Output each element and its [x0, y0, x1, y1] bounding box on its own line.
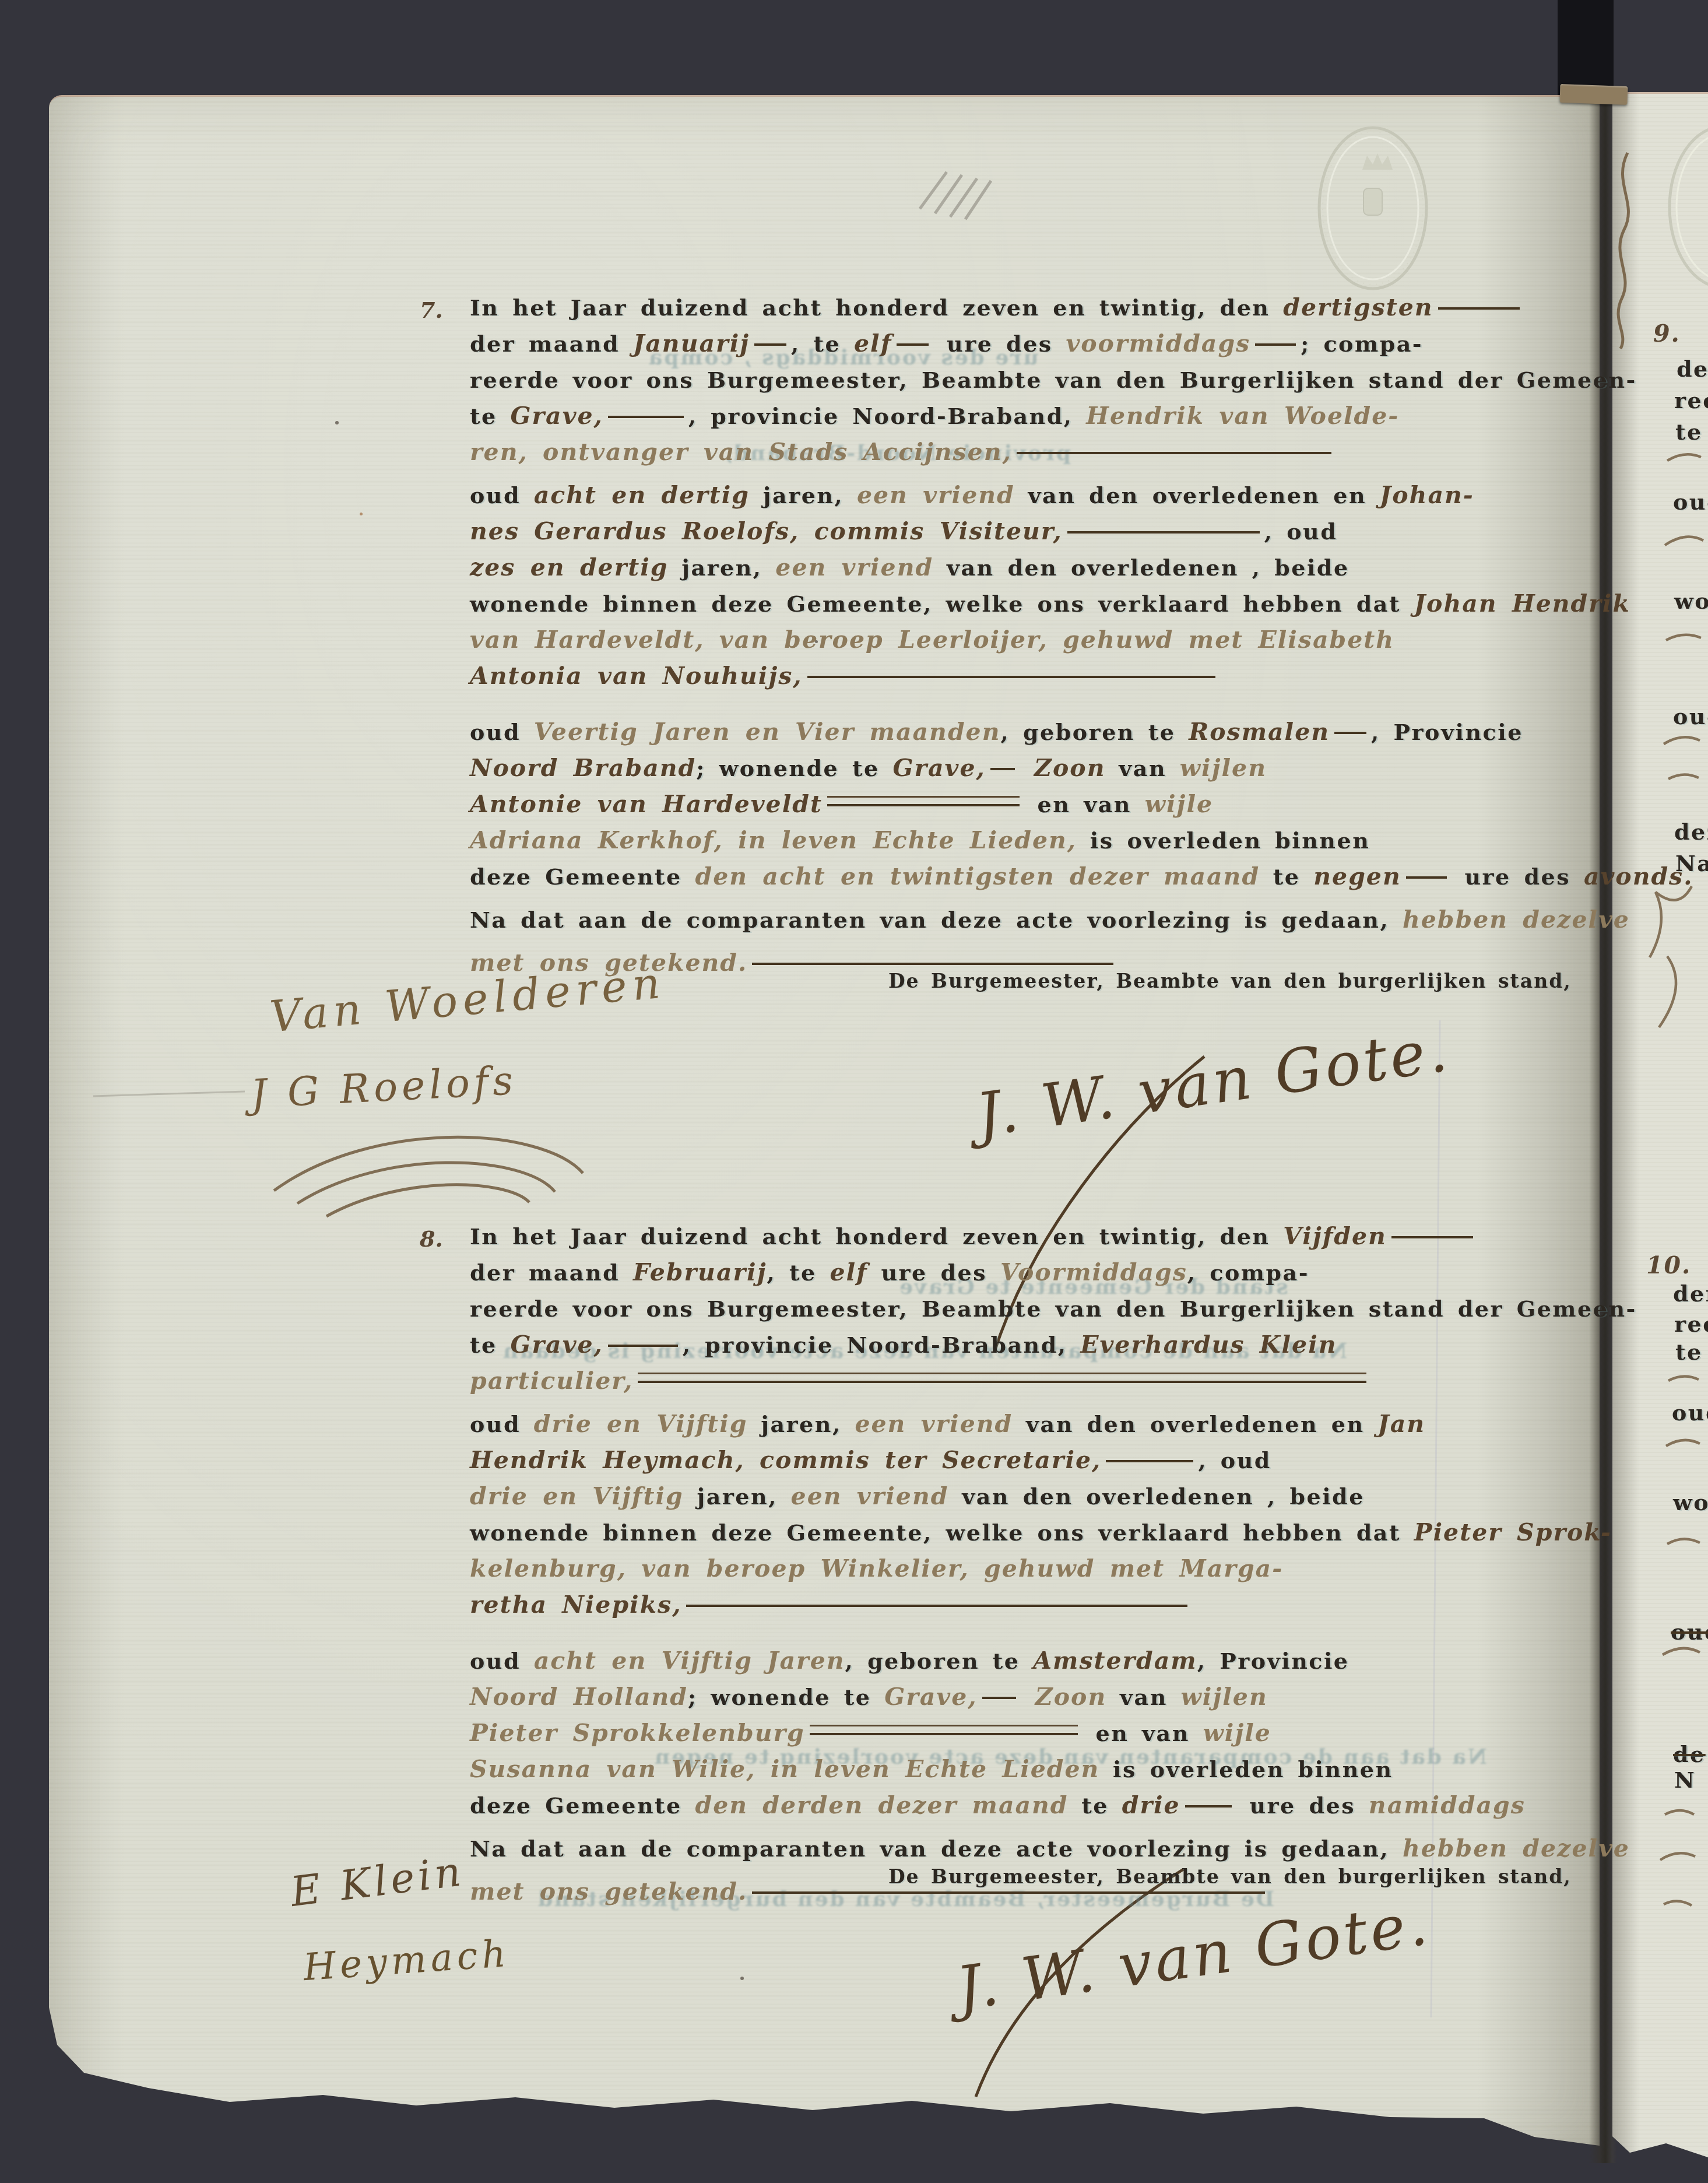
handwritten-text: nes Gerardus Roelofs, commis Visiteur,: [470, 517, 1063, 545]
act-line: In het Jaar duizend acht honderd zeven e…: [470, 294, 1566, 331]
blank-rule: [1017, 448, 1331, 454]
handwritten-text: Grave,: [510, 402, 603, 430]
act-line: drie en Vijftig jaren, een vriend van de…: [470, 1483, 1566, 1519]
act-line: kelenburg, van beroep Winkelier, gehuwd …: [470, 1556, 1566, 1592]
act-line: Na dat aan de comparanten van deze acte …: [470, 907, 1566, 943]
printed-text: deze Gemeente: [470, 864, 695, 890]
printed-text: In het Jaar duizend acht honderd zeven e…: [470, 1223, 1283, 1250]
pencil-tally-mark: [920, 172, 991, 219]
printed-text: reerde voor ons Burgemeester, Beambte va…: [470, 367, 1637, 393]
blank-rule: [1406, 873, 1447, 879]
act-line: Noord Braband; wonende te Grave, Zoon va…: [470, 755, 1566, 791]
printed-text: , oud: [1264, 518, 1338, 545]
printed-text: van den overledenen , beide: [933, 554, 1349, 581]
printed-text: te: [470, 403, 510, 429]
handwritten-text: Susanna van Wilie, in leven Echte Lieden: [470, 1755, 1099, 1783]
printed-text: ; wonende te: [696, 755, 892, 781]
printed-text: , geboren te: [1000, 719, 1189, 745]
next-page-fragment: N: [1674, 1769, 1696, 1791]
paper-speck: [360, 513, 363, 515]
printed-text: In het Jaar duizend acht honderd zeven e…: [470, 294, 1283, 321]
act-line: wonende binnen deze Gemeente, welke ons …: [470, 1519, 1566, 1556]
blank-rule: [1106, 1456, 1193, 1462]
printed-text: te: [470, 1332, 510, 1358]
handwritten-text: Vijfden: [1283, 1222, 1387, 1250]
act-line: retha Niepiks,: [470, 1592, 1566, 1628]
paper-speck: [815, 640, 818, 643]
next-page-fragment: oud: [1673, 706, 1708, 728]
act-line: reerde voor ons Burgemeester, Beambte va…: [470, 367, 1566, 403]
blank-rule: [807, 672, 1215, 678]
printed-text: oud: [470, 482, 534, 508]
death-act-7: 7. In het Jaar duizend acht honderd zeve…: [470, 294, 1566, 986]
blank-rule: [1185, 1802, 1232, 1808]
next-page-fragment: de: [1677, 358, 1708, 380]
handwritten-text: Jan: [1377, 1410, 1425, 1438]
act-line: oud Veertig Jaren en Vier maanden, gebor…: [470, 719, 1566, 755]
handwritten-text: Noord Holland: [470, 1683, 688, 1711]
act-line: nes Gerardus Roelofs, commis Visiteur,, …: [470, 518, 1566, 554]
printed-text: , Provincie: [1371, 719, 1523, 745]
act-line: Hendrik Heymach, commis ter Secretarie,,…: [470, 1447, 1566, 1483]
blank-rule: [608, 1341, 678, 1347]
next-page-fragment: wo: [1674, 590, 1708, 612]
handwritten-text: acht en dertig: [534, 481, 750, 509]
printed-text: , te: [791, 331, 854, 357]
printed-text: ; wonende te: [688, 1684, 884, 1710]
printed-text: van den overledenen , beide: [948, 1483, 1364, 1510]
printed-text: reerde voor ons Burgemeester, Beambte va…: [470, 1296, 1637, 1322]
act-line: reerde voor ons Burgemeester, Beambte va…: [470, 1296, 1566, 1332]
blank-rule: [638, 1373, 1366, 1383]
handwritten-text: Pieter Sprokkelenburg: [470, 1719, 805, 1747]
handwritten-text: Zoon: [1020, 754, 1106, 782]
handwritten-text: wijlen: [1181, 1683, 1268, 1711]
handwritten-text: den acht en twintigsten dezer maand: [695, 862, 1260, 890]
handwritten-text: voormiddags: [1066, 329, 1250, 357]
printed-text: van: [1106, 755, 1180, 781]
act-line: Noord Holland; wonende te Grave, Zoon va…: [470, 1684, 1566, 1720]
printed-text: te: [1069, 1792, 1122, 1819]
signature-paraph: [274, 1137, 583, 1216]
handwritten-text: dertigsten: [1283, 293, 1433, 321]
handwritten-text: Zoon: [1021, 1683, 1107, 1711]
handwritten-text: Amsterdam: [1033, 1647, 1197, 1675]
handwritten-text: wijlen: [1180, 754, 1267, 782]
act-line: te Grave,, provincie Noord-Braband, Ever…: [470, 1332, 1566, 1368]
handwritten-text: kelenburg, van beroep Winkelier, gehuwd …: [470, 1554, 1283, 1582]
handwritten-text: Pieter Sprok-: [1414, 1518, 1612, 1546]
next-page-fragment: 9.: [1653, 320, 1681, 348]
act-line: Antonia van Nouhuijs,: [470, 663, 1566, 699]
act-line: oud acht en dertig jaren, een vriend van…: [470, 482, 1566, 518]
handwritten-text: acht en Vijftig Jaren: [534, 1647, 845, 1675]
handwritten-text: met ons getekend.: [470, 1877, 747, 1905]
next-page-fragment: de: [1673, 1743, 1706, 1766]
act-lines: In het Jaar duizend acht honderd zeven e…: [470, 294, 1566, 986]
printed-text: van: [1106, 1684, 1180, 1710]
officiant-title: De Burgemeester, Beambte van den burgerl…: [888, 1867, 1572, 1886]
printed-text: , geboren te: [845, 1648, 1034, 1674]
next-page-fragment: Na: [1675, 852, 1708, 875]
printed-text: en van: [1083, 1720, 1203, 1746]
act-line: ren, ontvanger van Stads Accijnsen,: [470, 439, 1566, 475]
death-act-8: 8. In het Jaar duizend acht honderd zeve…: [470, 1223, 1566, 1915]
printed-text: van den overledenen en: [1013, 1411, 1377, 1437]
paper-speck: [335, 421, 339, 424]
handwritten-text: Johan Hendrik: [1414, 589, 1630, 617]
pencil-line: [93, 1091, 245, 1096]
handwritten-text: Johan-: [1380, 481, 1474, 509]
handwritten-text: Antonia van Nouhuijs,: [470, 662, 803, 690]
handwritten-text: Rosmalen: [1189, 718, 1330, 746]
act-line: deze Gemeente den acht en twintigsten de…: [470, 864, 1566, 900]
handwritten-text: Grave,: [892, 754, 985, 782]
handwritten-text: den derden dezer maand: [695, 1791, 1069, 1819]
printed-text: jaren,: [750, 482, 857, 508]
blank-rule: [990, 764, 1015, 770]
next-page-fragment: dez: [1674, 821, 1708, 843]
handwritten-text: particulier,: [470, 1367, 633, 1395]
printed-text: is overleden binnen: [1077, 827, 1370, 854]
handwritten-text: Hendrik van Woelde-: [1086, 402, 1399, 430]
blank-rule: [752, 1888, 1265, 1894]
printed-text: jaren,: [747, 1411, 855, 1437]
blank-rule: [982, 1693, 1016, 1699]
printed-text: oud: [470, 719, 534, 745]
printed-text: ; compa-: [1301, 331, 1423, 357]
next-page-fragment: wo: [1673, 1491, 1708, 1514]
next-page-fragment: ree: [1674, 389, 1708, 412]
blank-rule: [1255, 340, 1296, 346]
printed-text: , te: [767, 1259, 830, 1286]
handwritten-text: negen: [1313, 862, 1401, 890]
blank-rule: [1391, 1233, 1473, 1238]
handwritten-text: een vriend: [857, 481, 1015, 509]
handwritten-text: drie en Vijftig: [534, 1410, 748, 1438]
act-line: In het Jaar duizend acht honderd zeven e…: [470, 1223, 1566, 1259]
act-line: zes en dertig jaren, een vriend van den …: [470, 554, 1566, 591]
printed-text: en van: [1024, 791, 1145, 817]
handwritten-text: zes en dertig: [470, 553, 668, 581]
handwritten-text: Noord Braband: [470, 754, 696, 782]
handwritten-text: Februarij: [633, 1258, 767, 1286]
printed-text: ure des: [933, 331, 1066, 357]
printed-text: Na dat aan de comparanten van deze acte …: [470, 907, 1403, 933]
next-page-fragment: der: [1673, 1283, 1708, 1305]
handwritten-text: Grave,: [510, 1331, 603, 1359]
act-line: Susanna van Wilie, in leven Echte Lieden…: [470, 1756, 1566, 1792]
printed-text: , Provincie: [1197, 1648, 1349, 1674]
handwritten-text: Veertig Jaren en Vier maanden: [534, 718, 1001, 746]
next-page-script-fragments: [1650, 454, 1703, 1905]
handwritten-text: wijle: [1203, 1719, 1271, 1747]
printed-text: oud: [470, 1648, 534, 1674]
printed-text: van den overledenen en: [1015, 482, 1380, 508]
printed-text: ure des: [1236, 1792, 1369, 1819]
officiant-title: De Burgemeester, Beambte van den burgerl…: [888, 971, 1572, 991]
printed-text: ure des: [868, 1259, 1000, 1286]
blank-rule: [1334, 728, 1366, 734]
printed-text: der maand: [470, 1259, 633, 1286]
fold-inscription-script: [1618, 153, 1628, 349]
act-line: te Grave,, provincie Noord-Braband, Hend…: [470, 403, 1566, 439]
act-line: particulier,: [470, 1368, 1566, 1404]
act-line: der maand Januarij, te elf ure des voorm…: [470, 331, 1566, 367]
blank-rule: [686, 1601, 1187, 1607]
handwritten-text: van Hardeveldt, van beroep Leerloijer, g…: [470, 626, 1394, 654]
act-line: wonende binnen deze Gemeente, welke ons …: [470, 591, 1566, 627]
printed-text: deze Gemeente: [470, 1792, 695, 1819]
printed-text: wonende binnen deze Gemeente, welke ons …: [470, 1519, 1414, 1546]
handwritten-text: Hendrik Heymach, commis ter Secretarie,: [470, 1446, 1101, 1474]
handwritten-text: Everhardus Klein: [1080, 1331, 1337, 1359]
handwritten-text: Grave,: [884, 1683, 977, 1711]
printed-text: wonende binnen deze Gemeente, welke ons …: [470, 591, 1414, 617]
handwritten-text: retha Niepiks,: [470, 1591, 681, 1619]
next-page-fragment: te: [1675, 1341, 1703, 1363]
printed-text: , oud: [1198, 1447, 1271, 1473]
next-page-fragment: ree: [1674, 1313, 1708, 1335]
act-line: van Hardeveldt, van beroep Leerloijer, g…: [470, 627, 1566, 663]
blank-rule: [1438, 304, 1520, 310]
handwritten-text: ren, ontvanger van Stads Accijnsen,: [470, 438, 1012, 466]
act-line: Antonie van Hardeveldt en van wijle: [470, 791, 1566, 827]
act-number: 8.: [420, 1226, 443, 1252]
act-line: Adriana Kerkhof, in leven Echte Lieden, …: [470, 827, 1566, 864]
printed-text: ure des: [1452, 864, 1584, 890]
act-line: deze Gemeente den derden dezer maand te …: [470, 1792, 1566, 1828]
handwritten-text: Januarij: [633, 329, 750, 357]
act-line: oud drie en Vijftig jaren, een vriend va…: [470, 1411, 1566, 1447]
printed-text: , provincie Noord-Braband,: [683, 1332, 1080, 1358]
handwritten-text: namiddags: [1369, 1791, 1526, 1819]
printed-text: jaren,: [668, 554, 775, 581]
printed-text: jaren,: [684, 1483, 791, 1510]
handwritten-text: hebben dezelve: [1403, 1834, 1630, 1862]
next-page-fragment: oud: [1673, 491, 1708, 513]
handwritten-text: Antonie van Hardeveldt: [470, 790, 823, 818]
blank-rule: [752, 959, 1113, 965]
handwritten-text: een vriend: [791, 1482, 949, 1510]
blank-rule: [754, 340, 786, 346]
blank-rule: [608, 412, 684, 418]
register-photo: ure des voormiddags , compaprovincie Noo…: [0, 0, 1708, 2183]
next-page-fragment: 10.: [1646, 1251, 1691, 1279]
handwritten-text: Adriana Kerkhof, in leven Echte Lieden,: [470, 826, 1077, 854]
act-line: oud acht en Vijftig Jaren, geboren te Am…: [470, 1648, 1566, 1684]
printed-text: oud: [470, 1411, 534, 1437]
blank-rule: [827, 796, 1020, 806]
paper-speck: [740, 1977, 744, 1980]
blank-rule: [897, 340, 929, 346]
act-line: Pieter Sprokkelenburg en van wijle: [470, 1720, 1566, 1756]
handwritten-text: elf: [830, 1258, 867, 1286]
handwritten-text: drie en Vijftig: [470, 1482, 684, 1510]
handwritten-text: drie: [1122, 1791, 1180, 1819]
printed-text: is overleden binnen: [1099, 1756, 1393, 1782]
blank-rule: [1067, 528, 1260, 534]
handwritten-text: een vriend: [855, 1410, 1013, 1438]
printed-text: der maand: [470, 331, 633, 357]
handwritten-text: Voormiddags: [1000, 1258, 1187, 1286]
printed-text: te: [1260, 864, 1313, 890]
act-line: der maand Februarij, te elf ure des Voor…: [470, 1259, 1566, 1296]
printed-text: , compa-: [1187, 1259, 1309, 1286]
printed-text: Na dat aan de comparanten van deze acte …: [470, 1835, 1403, 1862]
act-number: 7.: [420, 297, 443, 323]
next-page-fragment: te: [1675, 421, 1703, 443]
next-page-fragment: oud: [1672, 1402, 1708, 1424]
handwritten-text: hebben dezelve: [1403, 906, 1630, 933]
next-page-fragment: oud: [1671, 1621, 1708, 1643]
printed-text: , provincie Noord-Braband,: [688, 403, 1086, 429]
handwritten-text: een vriend: [775, 553, 933, 581]
handwritten-text: elf: [854, 329, 892, 357]
blank-rule: [810, 1725, 1078, 1735]
act-lines: In het Jaar duizend acht honderd zeven e…: [470, 1223, 1566, 1915]
handwritten-text: wijle: [1145, 790, 1213, 818]
